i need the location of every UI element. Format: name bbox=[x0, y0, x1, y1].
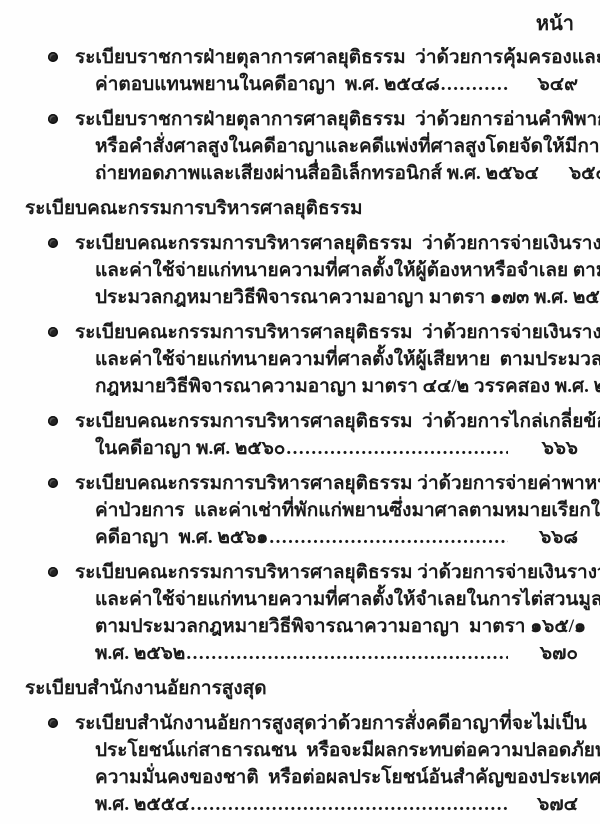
toc-entry: ระเบียบสำนักงานอัยการสูงสุดว่าด้วยการสั่… bbox=[0, 710, 600, 818]
entry-text-line: ระเบียบคณะกรรมการบริหารศาลยุติธรรม ว่าด้… bbox=[75, 559, 578, 586]
bullet-icon bbox=[48, 416, 58, 426]
entry-text-line: ค่าตอบแทนพยานในคดีอาญา พ.ศ. ๒๕๔๘........… bbox=[75, 71, 578, 98]
entry-text-line: ถ่ายทอดภาพและเสียงผ่านสื่ออิเล็กทรอนิกส์… bbox=[75, 160, 578, 187]
entry-text-line: ในคดีอาญา พ.ศ. ๒๕๖๐.....................… bbox=[75, 435, 578, 462]
toc-entry: ระเบียบคณะกรรมการบริหารศาลยุติธรรม ว่าด้… bbox=[0, 230, 600, 311]
entry-text-line: ระเบียบคณะกรรมการบริหารศาลยุติธรรม ว่าด้… bbox=[75, 408, 578, 435]
bullet-icon bbox=[48, 238, 58, 248]
bullet-icon bbox=[48, 718, 58, 728]
toc-entry: ระเบียบราชการฝ่ายตุลาการศาลยุติธรรม ว่าด… bbox=[0, 44, 600, 98]
dot-leader: ........................................… bbox=[441, 71, 508, 98]
dot-leader: ........................................… bbox=[269, 524, 508, 551]
bullet-icon bbox=[48, 478, 58, 488]
section-heading: ระเบียบคณะกรรมการบริหารศาลยุติธรรม bbox=[25, 195, 600, 222]
entry-text: ในคดีอาญา พ.ศ. ๒๕๖๐ bbox=[95, 435, 285, 462]
entry-text-line: และค่าใช้จ่ายแก่ทนายความที่ศาลตั้งให้จำเ… bbox=[75, 586, 578, 613]
toc-page: หน้า ระเบียบราชการฝ่ายตุลาการศาลยุติธรรม… bbox=[0, 0, 600, 824]
toc-list: ระเบียบราชการฝ่ายตุลาการศาลยุติธรรม ว่าด… bbox=[0, 44, 600, 818]
bullet-icon bbox=[48, 567, 58, 577]
entry-text-line: ประมวลกฎหมายวิธีพิจารณาความอาญา มาตรา ๑๗… bbox=[75, 284, 578, 311]
entry-page-number: ๖๗๐ bbox=[528, 640, 578, 667]
entry-text-line: พ.ศ. ๒๕๕๔...............................… bbox=[75, 791, 578, 818]
bullet-icon bbox=[48, 52, 58, 62]
entry-text: ถ่ายทอดภาพและเสียงผ่านสื่ออิเล็กทรอนิกส์… bbox=[95, 160, 539, 187]
page-column-header: หน้า bbox=[536, 7, 574, 39]
entry-text-line: กฎหมายวิธีพิจารณาความอาญา มาตรา ๔๔/๒ วรร… bbox=[75, 373, 578, 400]
entry-text-line: ระเบียบราชการฝ่ายตุลาการศาลยุติธรรม ว่าด… bbox=[75, 106, 578, 133]
section-heading: ระเบียบสำนักงานอัยการสูงสุด bbox=[25, 675, 600, 702]
toc-entry: ระเบียบคณะกรรมการบริหารศาลยุติธรรม ว่าด้… bbox=[0, 559, 600, 667]
dot-leader: ........................................… bbox=[286, 435, 508, 462]
entry-text: กฎหมายวิธีพิจารณาความอาญา มาตรา ๔๔/๒ วรร… bbox=[95, 373, 600, 400]
entry-page-number: ๖๕๕ bbox=[560, 160, 600, 187]
bullet-icon bbox=[48, 327, 58, 337]
entry-page-number: ๖๔๙ bbox=[528, 71, 578, 98]
entry-text-line: ตามประมวลกฎหมายวิธีพิจารณาความอาญา มาตรา… bbox=[75, 613, 578, 640]
entry-page-number: ๖๖๘ bbox=[528, 524, 578, 551]
bullet-icon bbox=[48, 114, 58, 124]
entry-text: ค่าตอบแทนพยานในคดีอาญา พ.ศ. ๒๕๔๘ bbox=[95, 71, 440, 98]
entry-text-line: ระเบียบคณะกรรมการบริหารศาลยุติธรรม ว่าด้… bbox=[75, 470, 578, 497]
entry-text-line: ระเบียบสำนักงานอัยการสูงสุดว่าด้วยการสั่… bbox=[75, 710, 578, 737]
entry-page-number: ๖๗๔ bbox=[528, 791, 578, 818]
entry-text-line: คดีอาญา พ.ศ. ๒๕๖๑.......................… bbox=[75, 524, 578, 551]
entry-text-line: ระเบียบคณะกรรมการบริหารศาลยุติธรรม ว่าด้… bbox=[75, 319, 578, 346]
entry-text-line: และค่าใช้จ่ายแก่ทนายความที่ศาลตั้งให้ผู้… bbox=[75, 257, 578, 284]
entry-text-line: ประโยชน์แก่สาธารณชน หรือจะมีผลกระทบต่อคว… bbox=[75, 737, 578, 764]
entry-text-line: หรือคำสั่งศาลสูงในคดีอาญาและคดีแพ่งที่ศา… bbox=[75, 133, 578, 160]
entry-text-line: ระเบียบราชการฝ่ายตุลาการศาลยุติธรรม ว่าด… bbox=[75, 44, 578, 71]
toc-entry: ระเบียบคณะกรรมการบริหารศาลยุติธรรม ว่าด้… bbox=[0, 319, 600, 400]
toc-entry: ระเบียบคณะกรรมการบริหารศาลยุติธรรม ว่าด้… bbox=[0, 408, 600, 462]
entry-text-line: ระเบียบคณะกรรมการบริหารศาลยุติธรรม ว่าด้… bbox=[75, 230, 578, 257]
entry-text-line: ค่าป่วยการ และค่าเช่าที่พักแก่พยานซึ่งมา… bbox=[75, 497, 578, 524]
entry-text: พ.ศ. ๒๕๖๒ bbox=[95, 640, 185, 667]
entry-text-line: พ.ศ. ๒๕๖๒...............................… bbox=[75, 640, 578, 667]
toc-entry: ระเบียบราชการฝ่ายตุลาการศาลยุติธรรม ว่าด… bbox=[0, 106, 600, 187]
entry-text: ประมวลกฎหมายวิธีพิจารณาความอาญา มาตรา ๑๗… bbox=[95, 284, 600, 311]
entry-text: คดีอาญา พ.ศ. ๒๕๖๑ bbox=[95, 524, 268, 551]
dot-leader: ........................................… bbox=[191, 791, 509, 818]
toc-entry: ระเบียบคณะกรรมการบริหารศาลยุติธรรม ว่าด้… bbox=[0, 470, 600, 551]
entry-text: พ.ศ. ๒๕๕๔ bbox=[95, 791, 190, 818]
entry-text-line: ความมั่นคงของชาติ หรือต่อผลประโยชน์อันสำ… bbox=[75, 764, 578, 791]
entry-text-line: และค่าใช้จ่ายแก่ทนายความที่ศาลตั้งให้ผู้… bbox=[75, 346, 578, 373]
entry-page-number: ๖๖๖ bbox=[528, 435, 578, 462]
dot-leader: ........................................… bbox=[186, 640, 508, 667]
